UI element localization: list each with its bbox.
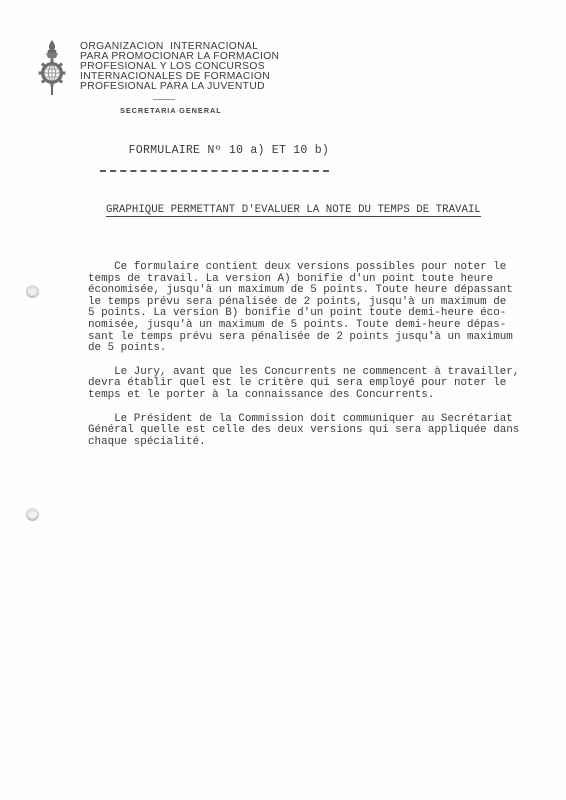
text-line: chaque spécialité.	[88, 437, 558, 449]
secretariat-label: SECRETARIA GENERAL	[120, 106, 279, 115]
text-line: temps et le porter à la connaissance des…	[88, 390, 558, 402]
paragraph-versions: Ce formulaire contient deux versions pos…	[88, 262, 558, 355]
punch-hole-top	[26, 285, 39, 298]
punch-hole-bottom	[26, 508, 39, 521]
form-title-underline	[100, 170, 329, 172]
letterhead-divider	[153, 99, 175, 100]
organization-block: ORGANIZACION INTERNACIONAL PARA PROMOCIO…	[80, 42, 279, 115]
gear-globe-torch-emblem-icon	[38, 38, 66, 96]
document-heading: GRAPHIQUE PERMETTANT D'EVALUER LA NOTE D…	[106, 204, 481, 217]
form-title-text: FORMULAIRE Nº 10 a) ET 10 b)	[129, 144, 329, 157]
document-page: ORGANIZACION INTERNACIONAL PARA PROMOCIO…	[0, 0, 566, 800]
text-line: Ce formulaire contient deux versions pos…	[88, 262, 558, 274]
organization-name-line-5: PROFESIONAL PARA LA JUVENTUD	[80, 82, 279, 92]
text-line: nomisée, jusqu'à un maximum de 5 points.…	[88, 320, 558, 332]
form-title: FORMULAIRE Nº 10 a) ET 10 b)	[100, 131, 329, 198]
body-text: Ce formulaire contient deux versions pos…	[88, 262, 558, 460]
paragraph-jury: Le Jury, avant que les Concurrents ne co…	[88, 367, 558, 402]
paragraph-president: Le Président de la Commission doit commu…	[88, 414, 558, 449]
text-line: de 5 points.	[88, 343, 558, 355]
text-line: Général quelle est celle des deux versio…	[88, 425, 558, 437]
letterhead: ORGANIZACION INTERNACIONAL PARA PROMOCIO…	[38, 38, 279, 115]
